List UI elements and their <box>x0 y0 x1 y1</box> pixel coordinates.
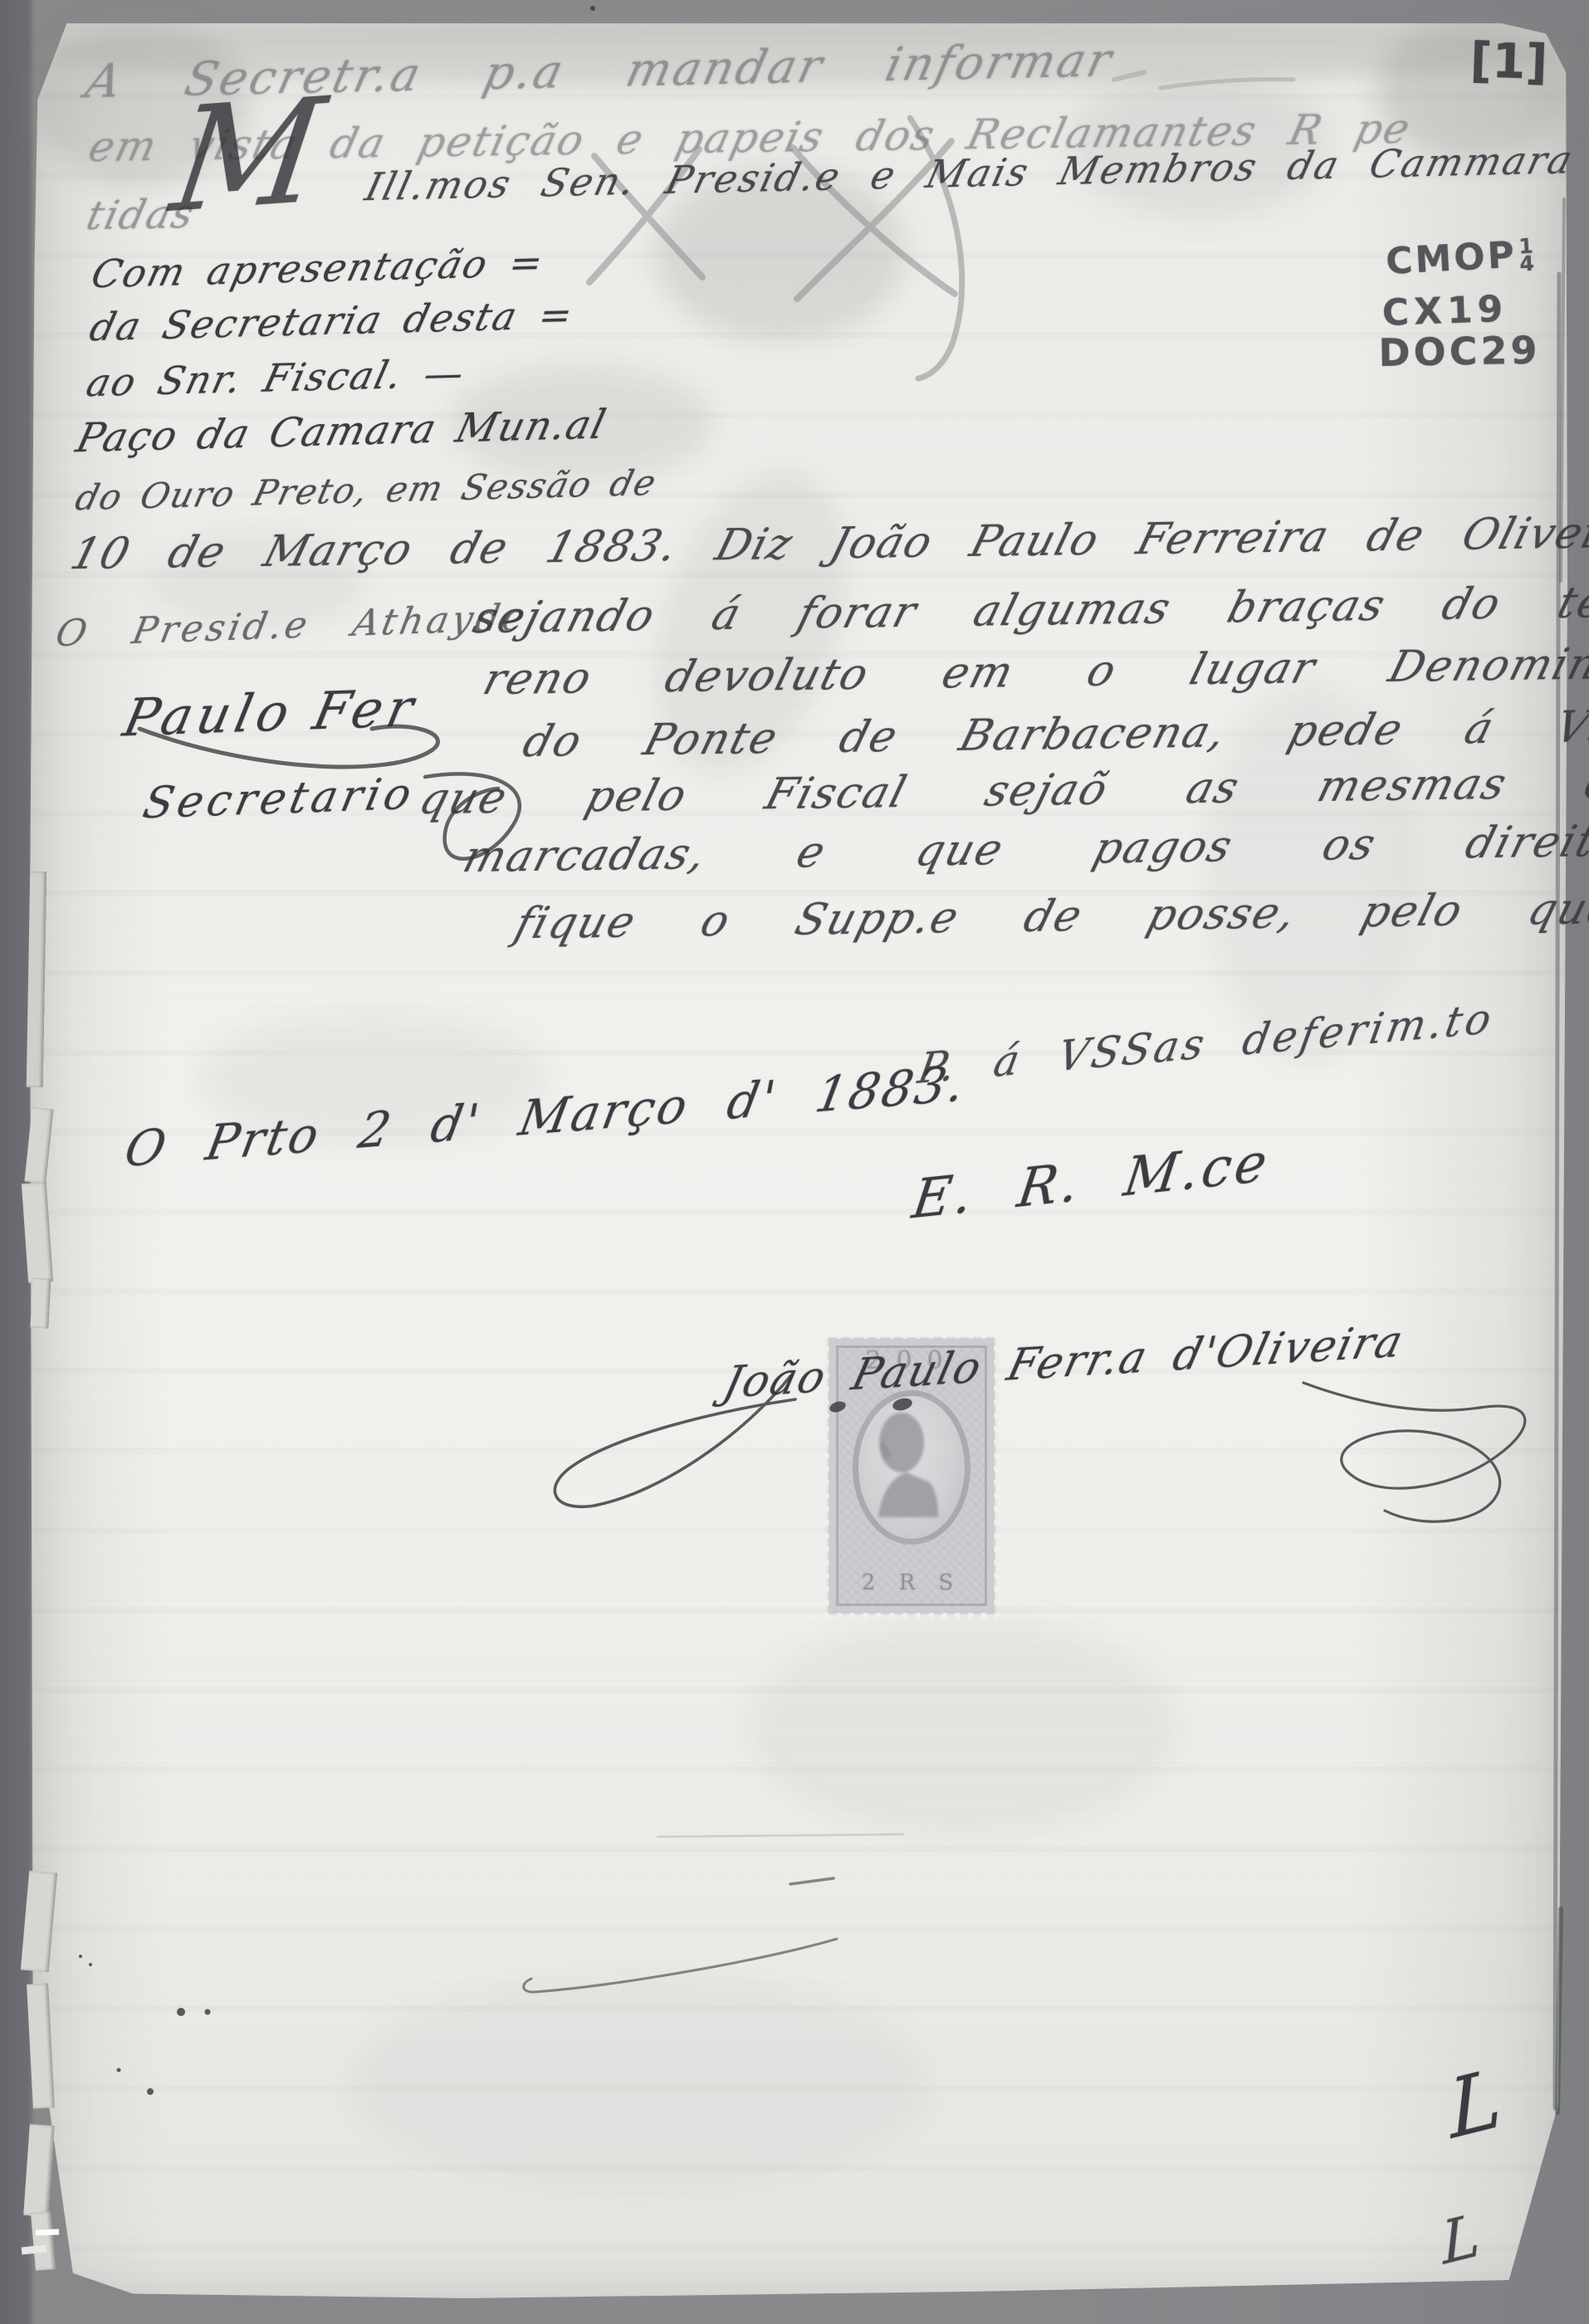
archive-fond-mark: CMOP14 <box>1385 233 1538 293</box>
archive-doc-mark: DOC29 <box>1378 328 1541 375</box>
archive-box-mark: CX19 <box>1381 288 1508 334</box>
stamp-portrait-oval <box>853 1390 971 1545</box>
torn-edge <box>23 2124 55 2217</box>
scanned-document: 200 2 R S <box>0 0 1589 2324</box>
margin-signature-secretary: Secretario <box>139 769 420 829</box>
margin-signature-second: Paulo Fer <box>118 677 423 749</box>
archive-fond-fraction: 14 <box>1518 238 1538 273</box>
page-mark-l-large: L <box>1446 2051 1504 2158</box>
torn-edge <box>30 1277 51 1328</box>
archive-fond-denominator: 4 <box>1519 255 1537 273</box>
portrait-bust-icon <box>858 1396 953 1527</box>
paper-sliver <box>36 2229 59 2236</box>
stamp-value-text: 2 R S <box>829 1570 995 1595</box>
archive-fond-label: CMOP <box>1385 234 1518 283</box>
address-initial: M <box>163 66 332 246</box>
page-mark-l-small: L <box>1440 2200 1482 2278</box>
torn-edge <box>31 2211 56 2271</box>
page-number-mark: [1] <box>1469 32 1549 90</box>
